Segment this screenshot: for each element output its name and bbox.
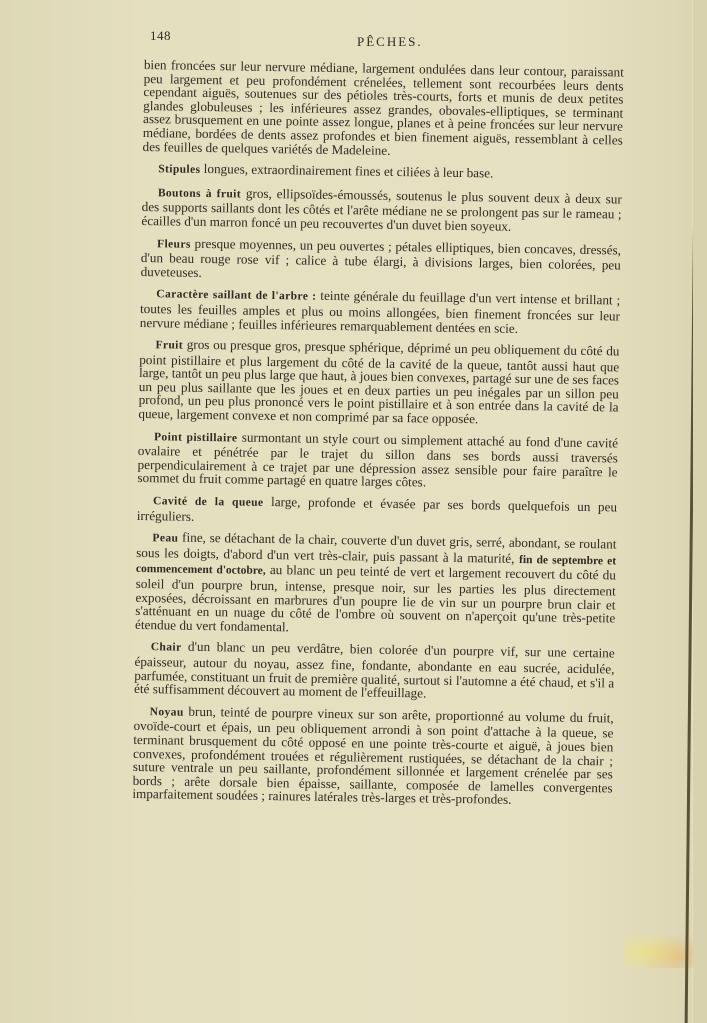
paragraph-text: longues, extraordinairement fines et cil… <box>200 161 493 181</box>
running-title: PÊCHES. <box>357 34 423 50</box>
section-label: Peau <box>152 532 178 544</box>
section-label: Boutons à fruit <box>158 187 241 200</box>
book-page: 148 PÊCHES. bien froncées sur leur nervu… <box>0 0 692 1023</box>
paragraph-boutons: Boutons à fruit gros, ellipsoïdes-émouss… <box>141 185 622 235</box>
paragraph-text: brun, teinté de pourpre vineux sur son a… <box>132 703 613 807</box>
section-label: Chair <box>151 642 182 654</box>
paragraph-peau: Peau fine, se détachant de la chair, cou… <box>135 530 617 639</box>
paragraph-fleurs: Fleurs presque moyennes, un peu ouvertes… <box>141 236 622 286</box>
paragraph-chair: Chair d'un blanc un peu verdâtre, bien c… <box>134 639 615 703</box>
paragraph-text: d'un blanc un peu verdâtre, bien colorée… <box>134 639 615 701</box>
section-label: Fruit <box>155 339 183 351</box>
paragraph-text: presque moyennes, un peu ouvertes ; péta… <box>141 235 622 279</box>
paragraph-cavite: Cavité de la queue large, profonde et év… <box>137 493 617 530</box>
paragraph-point-pistillaire: Point pistillaire surmontant un style co… <box>137 429 618 493</box>
paper-stain <box>624 928 694 968</box>
section-label: Cavité de la queue <box>153 495 264 509</box>
paragraph-noyau: Noyau brun, teinté de pourpre vineux sur… <box>132 704 613 809</box>
paragraph-fruit: Fruit gros ou presque gros, presque sphé… <box>138 337 619 428</box>
body-text: bien froncées sur leur nervure médiane, … <box>132 58 624 816</box>
paragraph-text: bien froncées sur leur nervure médiane, … <box>142 57 623 157</box>
adjacent-page-edge <box>693 0 707 1023</box>
section-label: Fleurs <box>157 238 191 251</box>
paragraph-caractere: Caractère saillant de l'arbre : teinte g… <box>140 286 621 336</box>
section-label: Stipules <box>158 163 200 176</box>
page-header: 148 PÊCHES. <box>150 28 640 48</box>
page-number: 148 <box>150 28 171 44</box>
paragraph-text: gros ou presque gros, presque sphérique,… <box>138 337 619 427</box>
section-label: Noyau <box>150 706 184 719</box>
paragraph-leaves-continued: bien froncées sur leur nervure médiane, … <box>143 58 624 161</box>
section-label: Point pistillaire <box>154 431 238 444</box>
paragraph-stipules: Stipules longues, extraordinairement fin… <box>142 161 622 184</box>
